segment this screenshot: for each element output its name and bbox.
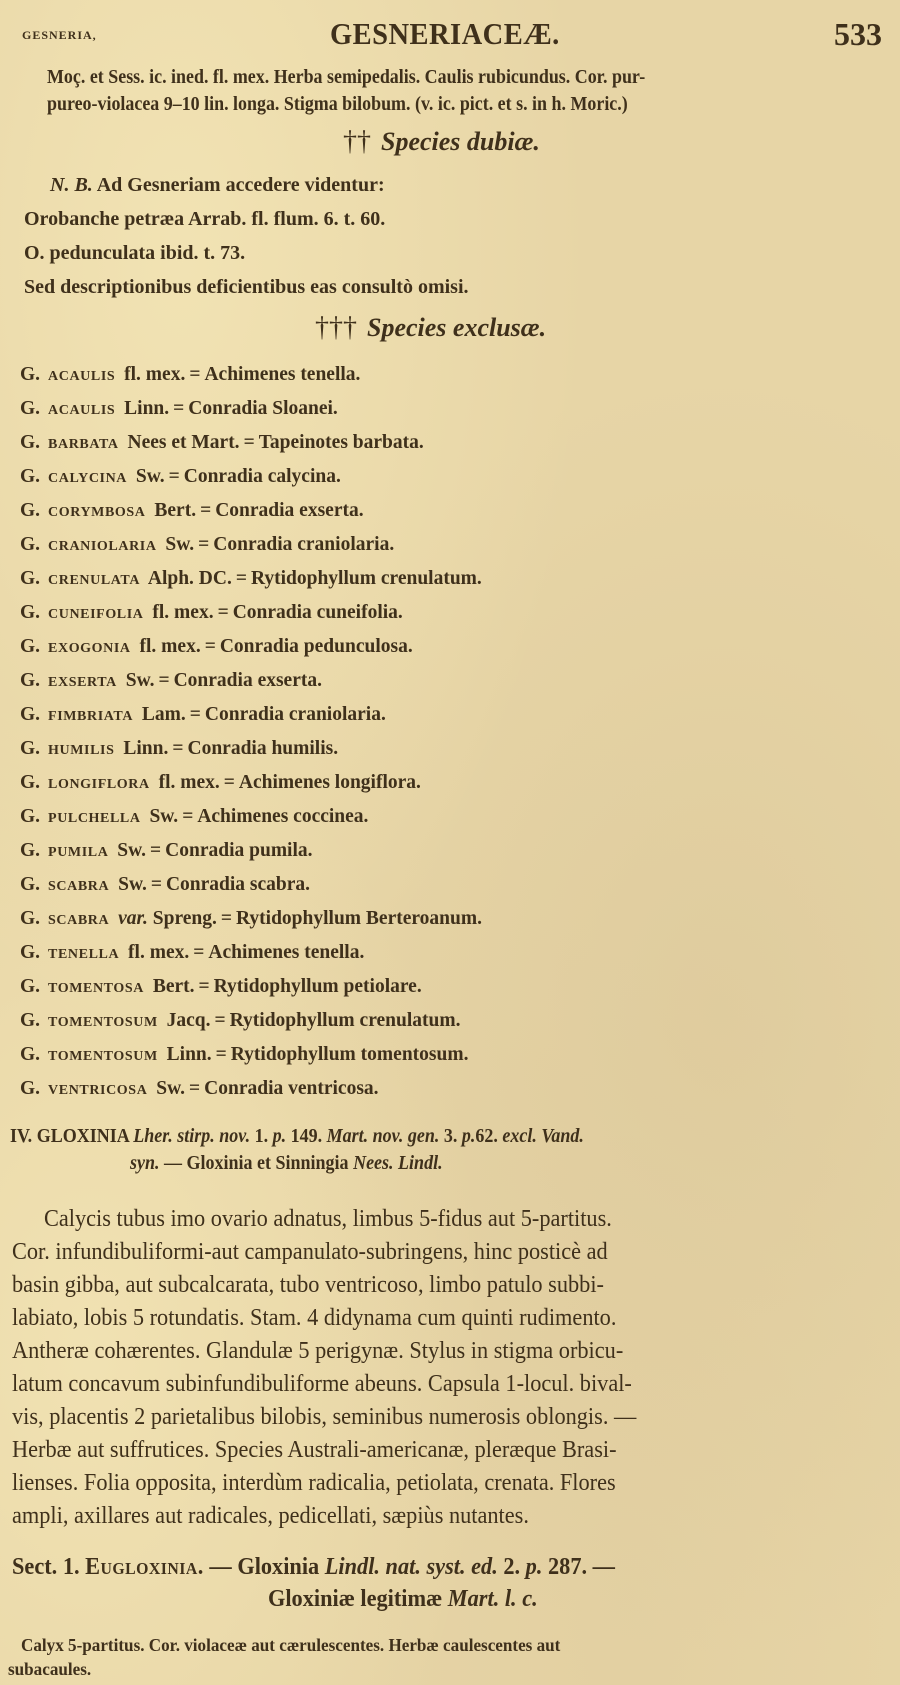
genus-abbrev: G. bbox=[20, 398, 40, 419]
synonym: Conradia exserta. bbox=[174, 670, 322, 691]
list-item: G.tomentosa Bert.=Rytidophyllum petiolar… bbox=[20, 976, 422, 998]
genus-abbrev: G. bbox=[20, 840, 40, 861]
equals-sign: = bbox=[169, 466, 180, 487]
synonym: Achimenes tenella. bbox=[204, 364, 360, 385]
genus-abbrev: G. bbox=[20, 772, 40, 793]
synonym: Conradia cuneifolia. bbox=[233, 602, 403, 623]
list-item: G.exserta Sw.=Conradia exserta. bbox=[20, 670, 322, 692]
section-description-line: subacaules. bbox=[8, 1659, 91, 1680]
genus-abbrev: G. bbox=[20, 466, 40, 487]
synonym: Achimenes tenella. bbox=[208, 942, 364, 963]
list-item: G.exogonia fl. mex.=Conradia pedunculosa… bbox=[20, 636, 413, 658]
equals-sign: = bbox=[182, 806, 193, 827]
ref-page-label: p. bbox=[273, 1125, 287, 1147]
equals-sign: = bbox=[205, 636, 216, 657]
epithet: cuneifolia bbox=[48, 607, 143, 622]
list-item: G.corymbosa Bert.=Conradia exserta. bbox=[20, 500, 364, 522]
author: Jacq. bbox=[167, 1010, 211, 1031]
synonym-authors: Nees. Lindl. bbox=[353, 1152, 442, 1174]
genus-abbrev: G. bbox=[20, 670, 40, 691]
epithet: pumila bbox=[48, 845, 108, 860]
section-ref: Lindl. nat. syst. ed. bbox=[325, 1554, 498, 1580]
synonym: Conradia exserta. bbox=[215, 500, 363, 521]
author: fl. mex. bbox=[159, 772, 220, 793]
synonym: Conradia pumila. bbox=[165, 840, 312, 861]
equals-sign: = bbox=[151, 874, 162, 895]
ref-page: 149. bbox=[291, 1125, 323, 1147]
genus-abbrev: G. bbox=[20, 738, 40, 759]
author: Sw. bbox=[165, 534, 194, 555]
section-heading-line-1: Sect. 1. Eugloxinia. — Gloxinia Lindl. n… bbox=[12, 1555, 615, 1579]
running-head-genus: GESNERIA, bbox=[22, 28, 97, 43]
equals-sign: = bbox=[150, 840, 161, 861]
genus-abbrev: G. bbox=[20, 602, 40, 623]
epithet: acaulis bbox=[48, 403, 115, 418]
author: fl. mex. bbox=[128, 942, 189, 963]
page-number: 533 bbox=[834, 16, 882, 53]
description-line: vis, placentis 2 parietalibus bilobis, s… bbox=[12, 1405, 636, 1429]
dubia-line-2: O. pedunculata ibid. t. 73. bbox=[24, 243, 245, 263]
section-name: Eugloxinia. bbox=[85, 1554, 204, 1580]
epithet: exogonia bbox=[48, 641, 131, 656]
running-head-family: GESNERIACEÆ. bbox=[330, 16, 560, 52]
epithet: crenulata bbox=[48, 573, 140, 588]
list-item: G.tomentosum Jacq.=Rytidophyllum crenula… bbox=[20, 1010, 460, 1032]
equals-sign: = bbox=[172, 738, 183, 759]
ref-volume: 3. bbox=[444, 1125, 458, 1147]
description-line: latum concavum subinfundibuliforme abeun… bbox=[12, 1372, 632, 1396]
ref-exclusion: excl. Vand. bbox=[502, 1125, 584, 1147]
epithet: scabra bbox=[48, 913, 109, 928]
genus-abbrev: G. bbox=[20, 942, 40, 963]
equals-sign: = bbox=[200, 500, 211, 521]
synonym: Rytidophyllum Berteroanum. bbox=[236, 908, 482, 929]
genus-abbrev: G. bbox=[20, 1078, 40, 1099]
equals-sign: = bbox=[193, 942, 204, 963]
equals-sign: = bbox=[189, 1078, 200, 1099]
section-label: Sect. 1. bbox=[12, 1554, 80, 1580]
list-item: G.craniolaria Sw.=Conradia craniolaria. bbox=[20, 534, 394, 556]
list-item: G.tenella fl. mex.=Achimenes tenella. bbox=[20, 942, 364, 964]
author: Sw. bbox=[136, 466, 165, 487]
genus-abbrev: G. bbox=[20, 364, 40, 385]
double-dagger-icon: †† bbox=[343, 126, 371, 157]
epithet: tomentosum bbox=[48, 1015, 158, 1030]
genus-abbrev: G. bbox=[20, 432, 40, 453]
equals-sign: = bbox=[189, 364, 200, 385]
epithet: scabra bbox=[48, 879, 109, 894]
epithet: corymbosa bbox=[48, 505, 145, 520]
author: Lam. bbox=[142, 704, 186, 725]
author: fl. mex. bbox=[124, 364, 185, 385]
running-head: GESNERIA, GESNERIACEÆ. 533 bbox=[0, 16, 900, 56]
description-line: Cor. infundibuliformi-aut campanulato-su… bbox=[12, 1240, 608, 1264]
synonym: Rytidophyllum crenulatum. bbox=[251, 568, 482, 589]
synonym: Tapeinotes barbata. bbox=[259, 432, 424, 453]
genus-abbrev: G. bbox=[20, 976, 40, 997]
equals-sign: = bbox=[158, 670, 169, 691]
epithet: humilis bbox=[48, 743, 114, 758]
author: Linn. bbox=[167, 1044, 212, 1065]
list-item: G.fimbriata Lam.=Conradia craniolaria. bbox=[20, 704, 386, 726]
epithet: fimbriata bbox=[48, 709, 133, 724]
section-ref-page-label: p. bbox=[526, 1554, 543, 1580]
equals-sign: = bbox=[244, 432, 255, 453]
section-description-line: Calyx 5-partitus. Cor. violaceæ aut cæru… bbox=[21, 1635, 560, 1656]
synonym: Achimenes longiflora. bbox=[239, 772, 421, 793]
description-line: labiato, lobis 5 rotundatis. Stam. 4 did… bbox=[12, 1306, 616, 1330]
list-item: G.humilis Linn.=Conradia humilis. bbox=[20, 738, 338, 760]
genus-name: GLOXINIA bbox=[37, 1125, 129, 1147]
list-item: G.longiflora fl. mex.=Achimenes longiflo… bbox=[20, 772, 421, 794]
genus-abbrev: G. bbox=[20, 874, 40, 895]
synonym: Conradia pedunculosa. bbox=[220, 636, 413, 657]
synonym: Conradia calycina. bbox=[184, 466, 341, 487]
equals-sign: = bbox=[216, 1044, 227, 1065]
section-ref-page: 287. — bbox=[548, 1554, 615, 1580]
synonym: Conradia craniolaria. bbox=[213, 534, 394, 555]
ref-page: 62. bbox=[475, 1125, 498, 1147]
genus-abbrev: G. bbox=[20, 636, 40, 657]
genus-heading-line-2: syn. — Gloxinia et Sinningia Nees. Lindl… bbox=[130, 1152, 443, 1175]
equals-sign: = bbox=[236, 568, 247, 589]
author: Sw. bbox=[117, 840, 146, 861]
genus-abbrev: G. bbox=[20, 500, 40, 521]
author: fl. mex. bbox=[140, 636, 201, 657]
section-alt-ref: Mart. l. c. bbox=[448, 1586, 538, 1612]
epithet: pulchella bbox=[48, 811, 141, 826]
section-ref-edition: 2. bbox=[503, 1554, 520, 1580]
synonym: Conradia Sloanei. bbox=[188, 398, 338, 419]
list-item: G.pumila Sw.=Conradia pumila. bbox=[20, 840, 313, 862]
synonym: Rytidophyllum tomentosum. bbox=[231, 1044, 469, 1065]
ref-lheritier: Lher. stirp. nov. bbox=[133, 1125, 250, 1147]
synonym: Conradia humilis. bbox=[187, 738, 338, 759]
genus-number: IV. bbox=[10, 1125, 32, 1147]
author: Sw. bbox=[156, 1078, 185, 1099]
dubia-line-3: Sed descriptionibus deficientibus eas co… bbox=[24, 277, 469, 297]
intro-line-2: pureo-violacea 9–10 lin. longa. Stigma b… bbox=[47, 95, 628, 115]
list-item: G.ventricosa Sw.=Conradia ventricosa. bbox=[20, 1078, 379, 1100]
genus-abbrev: G. bbox=[20, 704, 40, 725]
description-line: Antheræ cohærentes. Glandulæ 5 perigynæ.… bbox=[12, 1339, 623, 1363]
list-item: G.scabra var. Spreng.=Rytidophyllum Bert… bbox=[20, 908, 482, 930]
author: Nees et Mart. bbox=[128, 432, 240, 453]
triple-dagger-icon: ††† bbox=[315, 312, 357, 343]
section-heading-species-exclusae: †††Species exclusæ. bbox=[315, 312, 546, 344]
list-item: G.calycina Sw.=Conradia calycina. bbox=[20, 466, 341, 488]
description-line: Calycis tubus imo ovario adnatus, limbus… bbox=[44, 1207, 612, 1231]
epithet: calycina bbox=[48, 471, 127, 486]
epithet: tomentosum bbox=[48, 1049, 158, 1064]
section-alt-name: Gloxiniæ legitimæ bbox=[268, 1586, 442, 1612]
nb-text: Ad Gesneriam accedere videntur: bbox=[97, 174, 385, 196]
description-line: Herbæ aut suffrutices. Species Australi-… bbox=[12, 1438, 617, 1462]
list-item: G.acaulis fl. mex.=Achimenes tenella. bbox=[20, 364, 360, 386]
section-heading-line-2: Gloxiniæ legitimæ Mart. l. c. bbox=[268, 1587, 538, 1611]
epithet: ventricosa bbox=[48, 1083, 147, 1098]
synonym: Rytidophyllum crenulatum. bbox=[230, 1010, 461, 1031]
epithet: acaulis bbox=[48, 369, 115, 384]
author: Alph. DC. bbox=[148, 568, 232, 589]
synonym-label: syn. bbox=[130, 1152, 160, 1174]
synonym: Conradia ventricosa. bbox=[204, 1078, 378, 1099]
synonym: Conradia craniolaria. bbox=[205, 704, 386, 725]
list-item: G.scabra Sw.=Conradia scabra. bbox=[20, 874, 310, 896]
synonym: Rytidophyllum petiolare. bbox=[214, 976, 422, 997]
author: Sw. bbox=[149, 806, 178, 827]
dubia-line-1: Orobanche petræa Arrab. fl. flum. 6. t. … bbox=[24, 209, 385, 229]
synonym: Conradia scabra. bbox=[166, 874, 310, 895]
synonym-genera: — Gloxinia et Sinningia bbox=[164, 1152, 349, 1174]
genus-abbrev: G. bbox=[20, 908, 40, 929]
section-synonym: — Gloxinia bbox=[209, 1554, 319, 1580]
heading-text: Species exclusæ. bbox=[367, 313, 546, 342]
nota-bene-line: N. B. Ad Gesneriam accedere videntur: bbox=[50, 175, 385, 195]
author: Linn. bbox=[124, 398, 169, 419]
ref-martius: Mart. nov. gen. bbox=[327, 1125, 440, 1147]
equals-sign: = bbox=[221, 908, 232, 929]
description-line: lienses. Folia opposita, interdùm radica… bbox=[12, 1471, 616, 1495]
equals-sign: = bbox=[190, 704, 201, 725]
author: Bert. bbox=[154, 500, 196, 521]
genus-abbrev: G. bbox=[20, 1044, 40, 1065]
ref-volume: 1. bbox=[255, 1125, 268, 1147]
genus-abbrev: G. bbox=[20, 568, 40, 589]
equals-sign: = bbox=[198, 534, 209, 555]
author: Spreng. bbox=[153, 908, 217, 929]
genus-abbrev: G. bbox=[20, 1010, 40, 1031]
description-line: ampli, axillares aut radicales, pedicell… bbox=[12, 1504, 529, 1528]
equals-sign: = bbox=[215, 1010, 226, 1031]
ref-page-label: p. bbox=[462, 1125, 476, 1147]
genus-abbrev: G. bbox=[20, 534, 40, 555]
intro-line-1: Moç. et Sess. ic. ined. fl. mex. Herba s… bbox=[47, 68, 645, 88]
description-line: basin gibba, aut subcalcarata, tubo vent… bbox=[12, 1273, 604, 1297]
equals-sign: = bbox=[173, 398, 184, 419]
equals-sign: = bbox=[224, 772, 235, 793]
genus-heading-line-1: IV. GLOXINIA Lher. stirp. nov. 1. p. 149… bbox=[10, 1125, 584, 1148]
equals-sign: = bbox=[218, 602, 229, 623]
author: Linn. bbox=[123, 738, 168, 759]
nb-label: N. B. bbox=[50, 174, 93, 196]
epithet: tomentosa bbox=[48, 981, 144, 996]
author: Sw. bbox=[126, 670, 155, 691]
synonym: Achimenes coccinea. bbox=[197, 806, 368, 827]
book-page: GESNERIA, GESNERIACEÆ. 533 Moç. et Sess.… bbox=[0, 0, 900, 1685]
list-item: G.cuneifolia fl. mex.=Conradia cuneifoli… bbox=[20, 602, 403, 624]
list-item: G.pulchella Sw.=Achimenes coccinea. bbox=[20, 806, 368, 828]
list-item: G.crenulata Alph. DC.=Rytidophyllum cren… bbox=[20, 568, 482, 590]
epithet: tenella bbox=[48, 947, 119, 962]
section-heading-species-dubiae: ††Species dubiæ. bbox=[343, 126, 540, 158]
author: fl. mex. bbox=[152, 602, 213, 623]
author-variety: var. bbox=[118, 908, 148, 929]
epithet: longiflora bbox=[48, 777, 150, 792]
author: Bert. bbox=[153, 976, 195, 997]
list-item: G.tomentosum Linn.=Rytidophyllum tomento… bbox=[20, 1044, 468, 1066]
list-item: G.barbata Nees et Mart.=Tapeinotes barba… bbox=[20, 432, 424, 454]
genus-abbrev: G. bbox=[20, 806, 40, 827]
list-item: G.acaulis Linn.=Conradia Sloanei. bbox=[20, 398, 338, 420]
epithet: craniolaria bbox=[48, 539, 157, 554]
equals-sign: = bbox=[199, 976, 210, 997]
author: Sw. bbox=[118, 874, 147, 895]
heading-text: Species dubiæ. bbox=[381, 127, 540, 156]
epithet: barbata bbox=[48, 437, 119, 452]
epithet: exserta bbox=[48, 675, 117, 690]
